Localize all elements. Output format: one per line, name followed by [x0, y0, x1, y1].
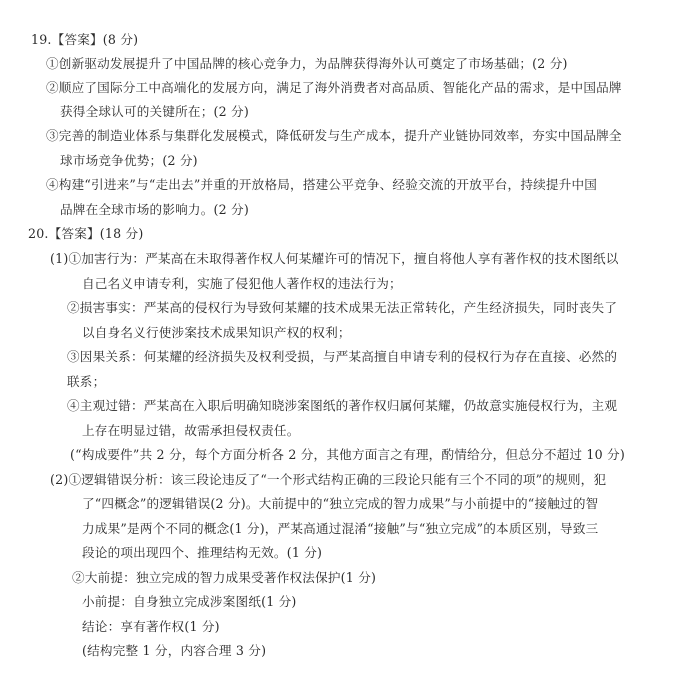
q20-part2-conclusion: 结论：享有著作权(1 分) [82, 619, 220, 635]
q19-point-4-line-2: 品牌在全球市场的影响力。(2 分) [60, 202, 249, 218]
q20-part2-point-1-line-1: (2)①逻辑错误分析：该三段论违反了“一个形式结构正确的三段论只能有三个不同的项… [50, 472, 606, 488]
q20-part2-point-1-line-2: 了“四概念”的逻辑错误(2 分)。大前提中的“独立完成的智力成果”与小前提中的“… [82, 496, 598, 512]
q19-point-4-line-1: ④构建“引进来”与“走出去”并重的开放格局，搭建公平竞争、经验交流的开放平台，持… [46, 177, 597, 193]
q20-part1-point-1-line-1: (1)①加害行为：严某高在未取得著作权人何某耀许可的情况下，擅自将他人享有著作权… [50, 251, 619, 267]
q20-part1-point-2-line-2: 以自身名义行使涉案技术成果知识产权的权利； [82, 325, 351, 341]
q20-header: 20.【答案】(18 分) [28, 226, 143, 242]
q19-point-1-line-1: ①创新驱动发展提升了中国品牌的核心竞争力，为品牌获得海外认可奠定了市场基础；(2… [46, 56, 568, 72]
q20-part2-scoring-note: (结构完整 1 分，内容合理 3 分) [82, 643, 266, 659]
q19-header: 19.【答案】(8 分) [31, 32, 138, 48]
q20-part2-minor-premise: 小前提：自身独立完成涉案图纸(1 分) [82, 594, 297, 610]
q20-part2-major-premise: ②大前提：独立完成的智力成果受著作权法保护(1 分) [72, 570, 376, 586]
q19-point-2-line-1: ②顺应了国际分工中高端化的发展方向，满足了海外消费者对高品质、智能化产品的需求，… [46, 80, 622, 96]
q20-part1-point-3-line-2: 联系； [67, 374, 105, 390]
q20-part1-point-3-line-1: ③因果关系：何某耀的经济损失及权利受损，与严某高擅自申请专利的侵权行为存在直接、… [67, 349, 617, 365]
q19-point-3-line-2: 球市场竞争优势；(2 分) [60, 153, 198, 169]
q20-part1-point-1-line-2: 自己名义申请专利，实施了侵犯他人著作权的违法行为； [82, 276, 402, 292]
q20-part1-point-4-line-2: 上存在明显过错，故需承担侵权责任。 [82, 423, 300, 439]
q19-point-2-line-2: 获得全球认可的关键所在；(2 分) [60, 104, 249, 120]
q20-part1-point-4-line-1: ④主观过错：严某高在入职后明确知晓涉案图纸的著作权归属何某耀，仍故意实施侵权行为… [67, 398, 617, 414]
q19-point-3-line-1: ③完善的制造业体系与集群化发展模式，降低研发与生产成本，提升产业链协同效率，夯实… [46, 128, 622, 144]
q20-part2-point-1-line-3: 力成果”是两个不同的概念(1 分)，严某高通过混淆“接触”与“独立完成”的本质区… [82, 521, 598, 537]
q20-part1-point-2-line-1: ②损害事实：严某高的侵权行为导致何某耀的技术成果无法正常转化，产生经济损失，同时… [67, 300, 617, 316]
q20-part1-scoring-note: (“构成要件”共 2 分，每个方面分析各 2 分，其他方面言之有理，酌情给分，但… [70, 447, 625, 463]
q20-part2-point-1-line-4: 段论的项出现四个、推理结构无效。(1 分) [82, 545, 322, 561]
